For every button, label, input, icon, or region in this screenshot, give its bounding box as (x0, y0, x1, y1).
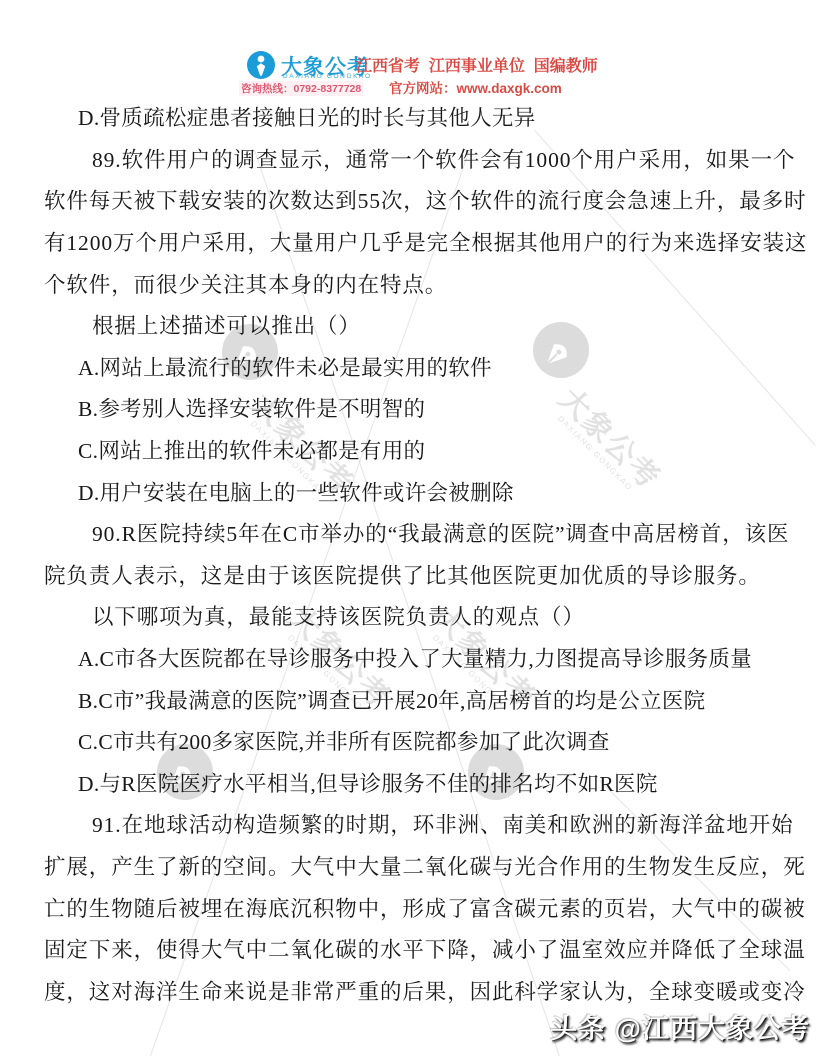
text-line: 扩展，产生了新的空间。大气中大量二氧化碳与光合作用的生物发生反应，死 (0, 845, 816, 887)
document-body: D.骨质疏松症患者接触日光的时长与其他人无异89.软件用户的调查显示，通常一个软… (0, 96, 816, 1011)
text-line: 个软件，而很少关注其本身的内在特点。 (0, 262, 816, 304)
text-line: 91.在地球活动构造频繁的时期，环非洲、南美和欧洲的新海洋盆地开始 (0, 803, 816, 845)
hotline-text: 咨询热线：0792-8377728 (239, 81, 363, 96)
text-line: 90.R医院持续5年在C市举办的“我最满意的医院”调查中高居榜首，该医 (0, 512, 816, 554)
text-line: B.C市”我最满意的医院”调查已开展20年,高居榜首的均是公立医院 (0, 678, 816, 720)
text-line: D.骨质疏松症患者接触日光的时长与其他人无异 (0, 96, 816, 138)
text-line: C.C市共有200多家医院,并非所有医院都参加了此次调查 (0, 720, 816, 762)
page-header: 大象公考 DAXIANG GONGKAO 咨询热线：0792-8377728 江… (0, 0, 816, 100)
text-line: 有1200万个用户采用，大量用户几乎是完全根据其他用户的行为来选择安装这 (0, 221, 816, 263)
text-line: C.网站上推出的软件未必都是有用的 (0, 429, 816, 471)
text-line: 亡的生物随后被埋在海底沉积物中，形成了富含碳元素的页岩，大气中的碳被 (0, 886, 816, 928)
text-line: 软件每天被下载安装的次数达到55次，这个软件的流行度会急速上升，最多时 (0, 179, 816, 221)
text-line: D.用户安装在电脑上的一些软件或许会被删除 (0, 470, 816, 512)
text-line: 院负责人表示，这是由于该医院提供了比其他医院更加优质的导诊服务。 (0, 554, 816, 596)
text-line: 根据上述描述可以推出（） (0, 304, 816, 346)
text-line: B.参考别人选择安装软件是不明智的 (0, 387, 816, 429)
header-tagline: 江西省考 江西事业单位 国编教师 (356, 53, 598, 76)
text-line: A.网站上最流行的软件未必是最实用的软件 (0, 346, 816, 388)
text-line: 度，这对海洋生命来说是非常严重的后果，因此科学家认为，全球变暖或变冷 (0, 969, 816, 1011)
official-site-url: 官方网站：www.daxgk.com (389, 77, 562, 97)
text-line: 固定下来，使得大气中二氧化碳的水平下降，减小了温室效应并降低了全球温 (0, 928, 816, 970)
toutiao-credit: 头条 @江西大象公考 (550, 1007, 810, 1046)
text-line: 以下哪项为真，最能支持该医院负责人的观点（） (0, 595, 816, 637)
daxiang-gongkao-logo-icon (247, 51, 275, 79)
text-line: 89.软件用户的调查显示，通常一个软件会有1000个用户采用，如果一个 (0, 138, 816, 180)
text-line: D.与R医院医疗水平相当,但导诊服务不佳的排名均不如R医院 (0, 762, 816, 804)
text-line: A.C市各大医院都在导诊服务中投入了大量精力,力图提高导诊服务质量 (0, 637, 816, 679)
